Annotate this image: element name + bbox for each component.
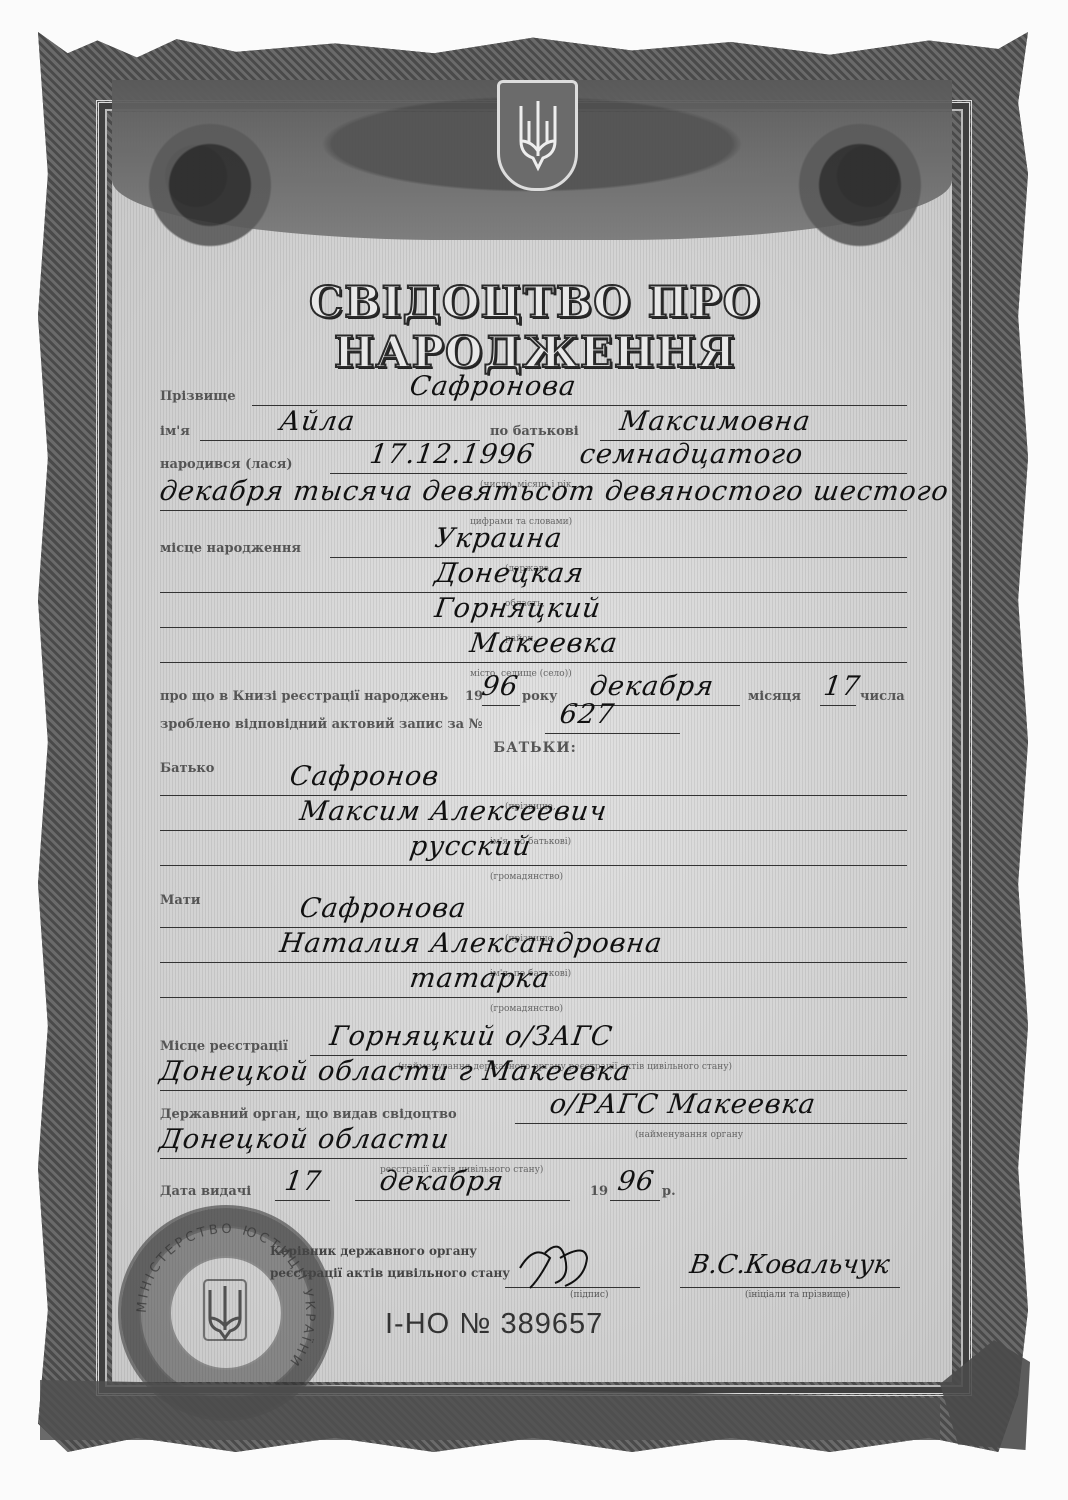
dob-words-1: семнадцатого bbox=[578, 439, 806, 470]
serial-number: I-НО № 389657 bbox=[385, 1308, 603, 1341]
issuing-authority-value-1: о/РАГС Макеевка bbox=[548, 1089, 818, 1120]
place-registration-value-2: Донецкой области г Макеевка bbox=[158, 1056, 633, 1087]
row-issue-date: Дата видачі 17 декабря 19 96 р. bbox=[160, 1165, 910, 1205]
place-registration-value-1: Горняцкий о/ЗАГС bbox=[328, 1021, 615, 1052]
city-line bbox=[160, 662, 907, 663]
issuing-authority-label: Державний орган, що видав свідоцтво bbox=[160, 1107, 457, 1122]
record-no-label: зроблено відповідний актовий запис за № bbox=[160, 717, 483, 732]
issue-year-prefix: 19 bbox=[590, 1184, 608, 1199]
row-issuing-authority-2: Донецкой области реєстрації актів цивіль… bbox=[160, 1123, 910, 1163]
row-birthplace-district: Горняцкий район, bbox=[160, 592, 910, 632]
mother-citizenship: татарка bbox=[408, 963, 552, 994]
dob-label: народився (лася) bbox=[160, 457, 293, 472]
patronymic-label: по батькові bbox=[490, 424, 579, 439]
issue-month-line bbox=[355, 1200, 570, 1201]
mother-citizenship-line bbox=[160, 997, 907, 998]
region-value: Донецкая bbox=[433, 558, 586, 589]
row-dob: народився (лася) 17.12.1996 семнадцатого… bbox=[160, 438, 910, 478]
row-father-surname: Батько Сафронов (прізвище, bbox=[160, 760, 910, 800]
head-line-1: Керівник державного органу bbox=[270, 1240, 510, 1262]
place-registration-label: Місце реєстрації bbox=[160, 1039, 288, 1054]
corner-ornament-tl bbox=[110, 110, 310, 260]
father-citizenship: русский bbox=[408, 831, 533, 862]
issue-date-label: Дата видачі bbox=[160, 1184, 251, 1199]
trident-icon bbox=[199, 1278, 251, 1348]
record-no-value: 627 bbox=[558, 699, 617, 730]
row-father-name: Максим Алексеевич ім'я, по батькові) bbox=[160, 795, 910, 835]
mother-label: Мати bbox=[160, 893, 201, 908]
dob-words-2: декабря тысяча девятьсот девяностого шес… bbox=[158, 476, 951, 507]
city-value: Макеевка bbox=[468, 628, 620, 659]
mother-name: Наталия Александровна bbox=[278, 928, 665, 959]
mother-surname: Сафронова bbox=[298, 893, 469, 924]
father-citizenship-line bbox=[160, 865, 907, 866]
issue-day: 17 bbox=[283, 1166, 324, 1197]
signature-caption: (підпис) bbox=[570, 1290, 608, 1300]
district-value: Горняцкий bbox=[433, 593, 603, 624]
trident-icon bbox=[497, 80, 578, 191]
country-value: Украина bbox=[433, 523, 565, 554]
patronymic-value: Максимовна bbox=[618, 406, 813, 437]
corner-ornament-tr bbox=[760, 110, 960, 260]
issue-year: 96 bbox=[616, 1166, 657, 1197]
issue-month: декабря bbox=[378, 1166, 506, 1197]
row-record-no: зроблено відповідний актовий запис за № … bbox=[160, 698, 910, 738]
row-birthplace-country: місце народження Украина (держава, bbox=[160, 522, 910, 562]
handwritten-signature bbox=[515, 1238, 595, 1293]
name-line bbox=[680, 1287, 900, 1288]
parents-title: БАТЬКИ: bbox=[160, 740, 910, 756]
father-surname: Сафронов bbox=[288, 761, 442, 792]
father-name: Максим Алексеевич bbox=[298, 796, 609, 827]
row-issuing-authority: Державний орган, що видав свідоцтво о/РА… bbox=[160, 1088, 910, 1128]
surname-value: Сафронова bbox=[408, 371, 579, 402]
trident-svg bbox=[513, 96, 563, 176]
birthplace-label: місце народження bbox=[160, 541, 301, 556]
signatory-name-caption: (ініціали та прізвище) bbox=[745, 1290, 850, 1300]
row-mother-name: Наталия Александровна ім'я, по батькові) bbox=[160, 927, 910, 967]
row-dob-words: декабря тысяча девятьсот девяностого шес… bbox=[160, 475, 910, 515]
row-father-citizenship: русский (громадянство) bbox=[160, 830, 910, 870]
dob-line bbox=[330, 473, 907, 474]
dob-words-line bbox=[160, 510, 907, 511]
name-value: Айла bbox=[278, 406, 357, 437]
issuing-authority-line-2 bbox=[160, 1158, 907, 1159]
name-label: ім'я bbox=[160, 424, 190, 439]
row-surname: Прізвище Сафронова bbox=[160, 370, 910, 410]
issuing-authority-value-2: Донецкой области bbox=[158, 1124, 452, 1155]
record-no-line bbox=[545, 733, 680, 734]
issue-year-suffix: р. bbox=[662, 1184, 676, 1199]
surname-label: Прізвище bbox=[160, 389, 236, 404]
row-mother-surname: Мати Сафронова (прізвище, bbox=[160, 892, 910, 932]
father-label: Батько bbox=[160, 761, 214, 776]
signatory-name: В.С.Ковальчук bbox=[688, 1250, 892, 1280]
head-line-2: реєстрації актів цивільного стану bbox=[270, 1262, 510, 1284]
issue-year-line bbox=[610, 1200, 660, 1201]
mother-citizenship-caption: (громадянство) bbox=[490, 1004, 563, 1014]
head-of-authority: Керівник державного органу реєстрації ак… bbox=[270, 1240, 510, 1284]
issue-day-line bbox=[275, 1200, 330, 1201]
father-citizenship-caption: (громадянство) bbox=[490, 872, 563, 882]
document-title: СВІДОЦТВО ПРО НАРОДЖЕННЯ bbox=[200, 278, 870, 378]
row-mother-citizenship: татарка (громадянство) bbox=[160, 962, 910, 1002]
row-birthplace-city: Макеевка місто, селище (село)) bbox=[160, 627, 910, 667]
row-birthplace-region: Донецкая область, bbox=[160, 557, 910, 597]
row-place-registration: Місце реєстрації Горняцкий о/ЗАГС (найме… bbox=[160, 1020, 910, 1060]
dob-numeric: 17.12.1996 bbox=[368, 439, 537, 470]
